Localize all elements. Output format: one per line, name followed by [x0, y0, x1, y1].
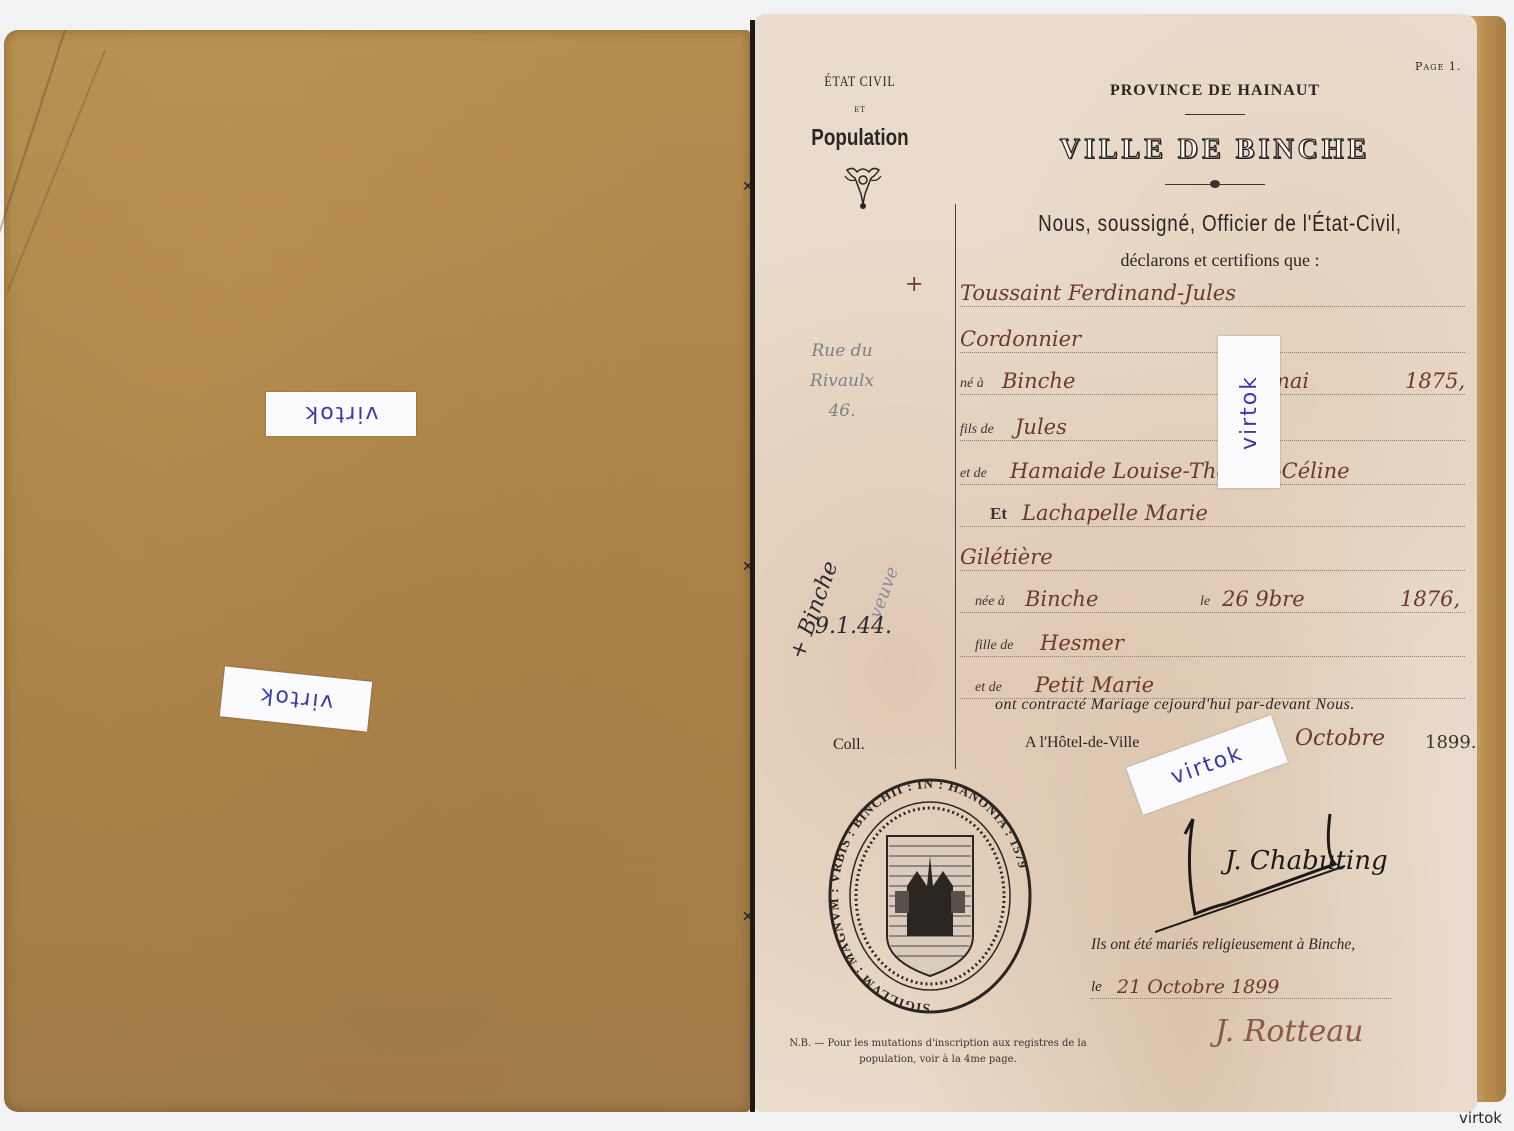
marriage-certificate-page: ÉTAT CIVIL ET Population Page 1. PROVINC…: [755, 14, 1477, 1112]
booklet-back-cover: [4, 30, 750, 1112]
intro-line: Nous, soussigné, Officier de l'État-Civi…: [1011, 210, 1429, 237]
bride-mother: Petit Marie: [1035, 673, 1154, 697]
bride-occupation-field: Gilétière: [960, 540, 1465, 571]
divider-ornament: [1210, 180, 1220, 188]
margin-coll-note: Coll.: [833, 736, 865, 754]
province-title: PROVINCE DE HAINAUT: [955, 82, 1475, 100]
bride-mother-field: et de Petit Marie: [960, 668, 1465, 699]
city-seal-icon: SIGILLVM : MAGNVM : VRBIS : BINCHII : IN…: [825, 776, 1035, 1016]
bride-father-field: fille de Hesmer: [960, 626, 1465, 657]
groom-father-field: fils de Jules: [960, 410, 1465, 441]
intro-line: déclarons et certifions que :: [965, 250, 1475, 271]
officer-signature: J. Chabuting: [1155, 794, 1455, 934]
bride-father: Hesmer: [1040, 631, 1124, 655]
margin-widow-note: veuve: [865, 564, 903, 621]
groom-birth-field: né à Binche mai 1875,: [960, 364, 1465, 395]
page-number: Page 1.: [1415, 60, 1461, 73]
et-label: ET: [795, 106, 925, 114]
margin-death-note: + Binche: [785, 558, 843, 663]
bride-name-field: Et Lachapelle Marie: [960, 496, 1465, 527]
population-heading: Population: [807, 124, 914, 151]
margin-cross: +: [905, 272, 923, 297]
cover-crease: [7, 50, 106, 292]
groom-name: Toussaint Ferdinand-Jules: [960, 281, 1236, 305]
hotel-de-ville-label: A l'Hôtel-de-Ville: [1025, 734, 1139, 752]
groom-mother-field: et de Hamaide Louise-Thérèse-Céline: [960, 454, 1465, 485]
bride-birth-date: 26 9bre: [1222, 587, 1305, 611]
cover-crease: [0, 30, 66, 249]
bride-birth-field: née à Binche le 26 9bre 1876,: [960, 582, 1465, 613]
bride-birthplace: Binche: [1025, 587, 1098, 611]
groom-occupation: Cordonnier: [960, 327, 1081, 351]
city-title: VILLE DE BINCHE: [955, 134, 1475, 166]
marriage-year: 1899.: [1425, 732, 1477, 753]
groom-father: Jules: [1015, 415, 1067, 439]
bride-name: Lachapelle Marie: [1022, 501, 1208, 525]
watermark-sticker: virtok: [266, 392, 416, 436]
margin-death-date: 9.1.44.: [815, 614, 892, 639]
margin-address-note: Rue du Rivaulx 46.: [787, 336, 897, 426]
groom-name-field: Toussaint Ferdinand-Jules: [960, 276, 1465, 307]
watermark-sticker: virtok: [1218, 336, 1280, 488]
marriage-month: Octobre: [1295, 726, 1385, 751]
religious-date: 21 Octobre 1899: [1117, 976, 1279, 998]
contract-statement: ont contracté Mariage cejourd'hui par-de…: [995, 696, 1465, 714]
column-rule: [955, 204, 956, 769]
groom-occupation-field: Cordonnier: [960, 322, 1465, 353]
svg-text:J. Chabuting: J. Chabuting: [1220, 846, 1388, 876]
groom-birth-year: 1875,: [1405, 369, 1465, 393]
seller-watermark: virtok: [1459, 1109, 1502, 1127]
nb-footnote: N.B. — Pour les mutations d'inscription …: [773, 1036, 1103, 1068]
groom-mother: Hamaide Louise-Thérèse-Céline: [1010, 459, 1350, 483]
bride-occupation: Gilétière: [960, 545, 1053, 569]
religious-marriage-statement: Ils ont été mariés religieusement à Binc…: [1091, 936, 1461, 954]
divider: [1185, 114, 1245, 115]
etat-civil-heading: ÉTAT CIVIL: [808, 74, 912, 91]
priest-signature: J. Rotteau: [1215, 1014, 1364, 1049]
bride-birth-year: 1876,: [1400, 587, 1460, 611]
religious-date-field: le 21 Octobre 1899: [1091, 972, 1391, 999]
ornament-icon: [843, 164, 883, 214]
groom-birthplace: Binche: [1002, 369, 1075, 393]
